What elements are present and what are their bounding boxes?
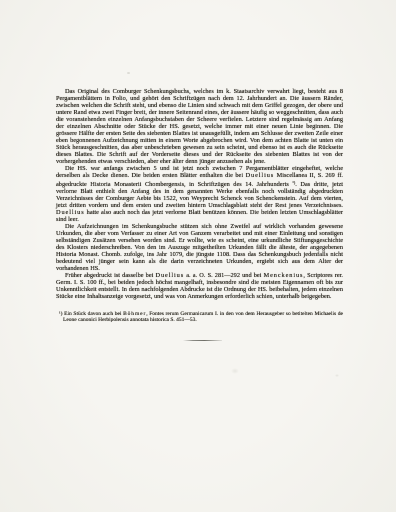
text-block: Das Original des Comburger Schenkungsbuc…	[56, 88, 343, 341]
section-end-rule	[183, 340, 222, 341]
scan-smudge	[231, 368, 239, 374]
text-run: Das Original des Comburger Schenkungsbuc…	[56, 88, 343, 165]
scan-speckle	[127, 72, 130, 74]
scanned-page: Das Original des Comburger Schenkungsbuc…	[0, 0, 396, 512]
paragraph-sources-and-dating: Die Aufzeichnungen im Schenkungsbuche st…	[56, 223, 343, 272]
text-run: hatte also auch noch das jetzt verlorne …	[56, 209, 343, 223]
cited-author-name: Duellius	[156, 272, 185, 279]
cited-author-name: Duellius	[246, 172, 275, 179]
paragraph-earlier-editions: Früher abgedruckt ist dasselbe bei Duell…	[56, 272, 343, 300]
text-run: Die Aufzeichnungen im Schenkungsbuche st…	[56, 223, 343, 272]
scan-smudge	[335, 374, 339, 377]
footnote: ¹) Ein Stück davon auch bei Böhmer, Font…	[56, 311, 343, 324]
cited-author-name: Menckenius	[264, 272, 304, 279]
cited-author-name: Duellius	[56, 209, 85, 216]
text-run: Früher abgedruckt ist dasselbe bei	[65, 272, 156, 279]
paragraph-binding-and-cover-leaves: Die HS. war anfangs zwischen 5 und ist j…	[56, 165, 343, 223]
paragraph-manuscript-description: Das Original des Comburger Schenkungsbuc…	[56, 88, 343, 165]
text-run: a. a. O. S. 281—292 und bei	[184, 272, 264, 279]
